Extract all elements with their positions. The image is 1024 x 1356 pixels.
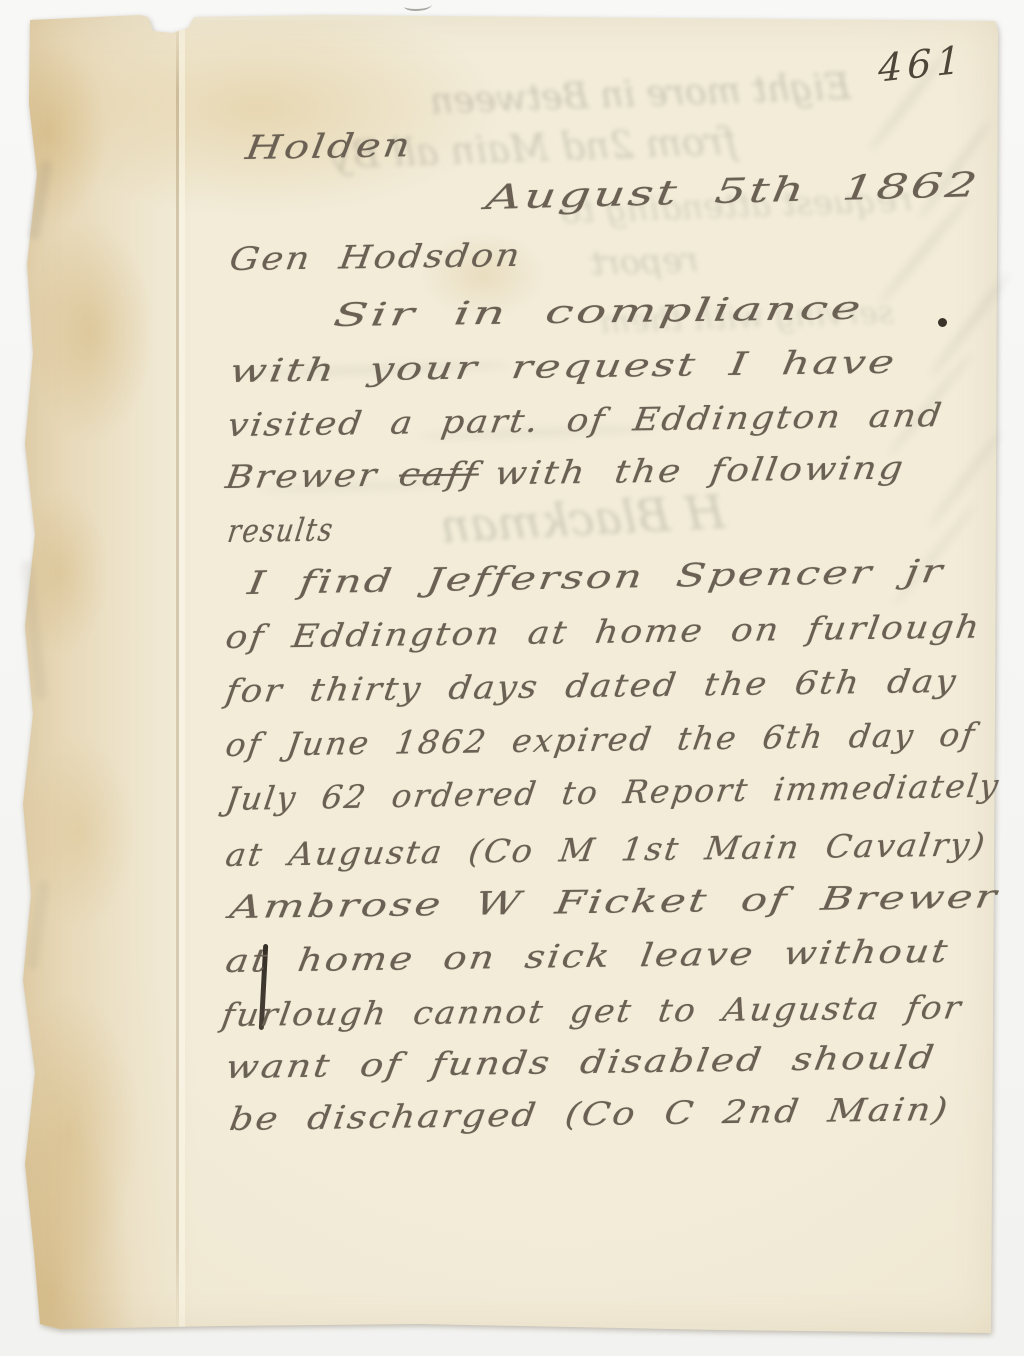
letter-line: July 62 ordered to Report immediately bbox=[223, 766, 1002, 818]
letter-line: of June 1862 expired the 6th day of bbox=[223, 715, 978, 764]
letter-line: Sir in compliance bbox=[331, 289, 866, 334]
letter-line-segment: with the following bbox=[492, 448, 907, 492]
letter-line: results bbox=[225, 510, 337, 550]
edge-mark bbox=[21, 560, 48, 700]
recipient-line: Gen Hodsdon bbox=[227, 236, 524, 278]
bleedthrough-line: Eight more in Between bbox=[429, 67, 851, 123]
letter-line: be discharged (Co C 2nd Main) bbox=[227, 1090, 952, 1138]
letter-line: of Eddington at home on furlough bbox=[223, 607, 984, 656]
letter-line: Ambrose W Ficket of Brewer bbox=[227, 877, 1001, 926]
letter-line: at Augusta (Co M 1st Main Cavalry) bbox=[223, 825, 989, 874]
letter-line: for thirty days dated the 6th day bbox=[223, 662, 960, 710]
edge-mark bbox=[26, 880, 50, 971]
place-line: Holden bbox=[243, 125, 415, 167]
letter-line: visited a part. of Eddington and bbox=[225, 396, 946, 444]
bleedthrough-line: H Blackman bbox=[439, 485, 726, 554]
struck-word: caff bbox=[397, 454, 482, 493]
letter-line: furlough cannot get to Augusta for bbox=[219, 988, 965, 1034]
top-edge-artifact bbox=[404, 0, 432, 11]
ink-dot bbox=[938, 318, 947, 327]
letter-content: Eight more in Between from 2nd Main all … bbox=[0, 0, 1024, 1356]
letter-line-segment: Brewer bbox=[223, 456, 381, 496]
bleedthrough-line: report bbox=[589, 240, 699, 284]
letter-line: with your request I have bbox=[227, 343, 899, 390]
letter-line: Brewercaffwith the following bbox=[223, 448, 908, 496]
letter-line: I find Jefferson Spencer jr bbox=[245, 552, 947, 602]
edge-mark bbox=[27, 160, 53, 241]
page-number: 461 bbox=[878, 37, 965, 90]
letter-line: want of funds disabled should bbox=[223, 1038, 938, 1086]
letter-line: at home on sick leave without bbox=[223, 932, 952, 980]
scanned-letter-page: Eight more in Between from 2nd Main all … bbox=[0, 0, 1024, 1356]
